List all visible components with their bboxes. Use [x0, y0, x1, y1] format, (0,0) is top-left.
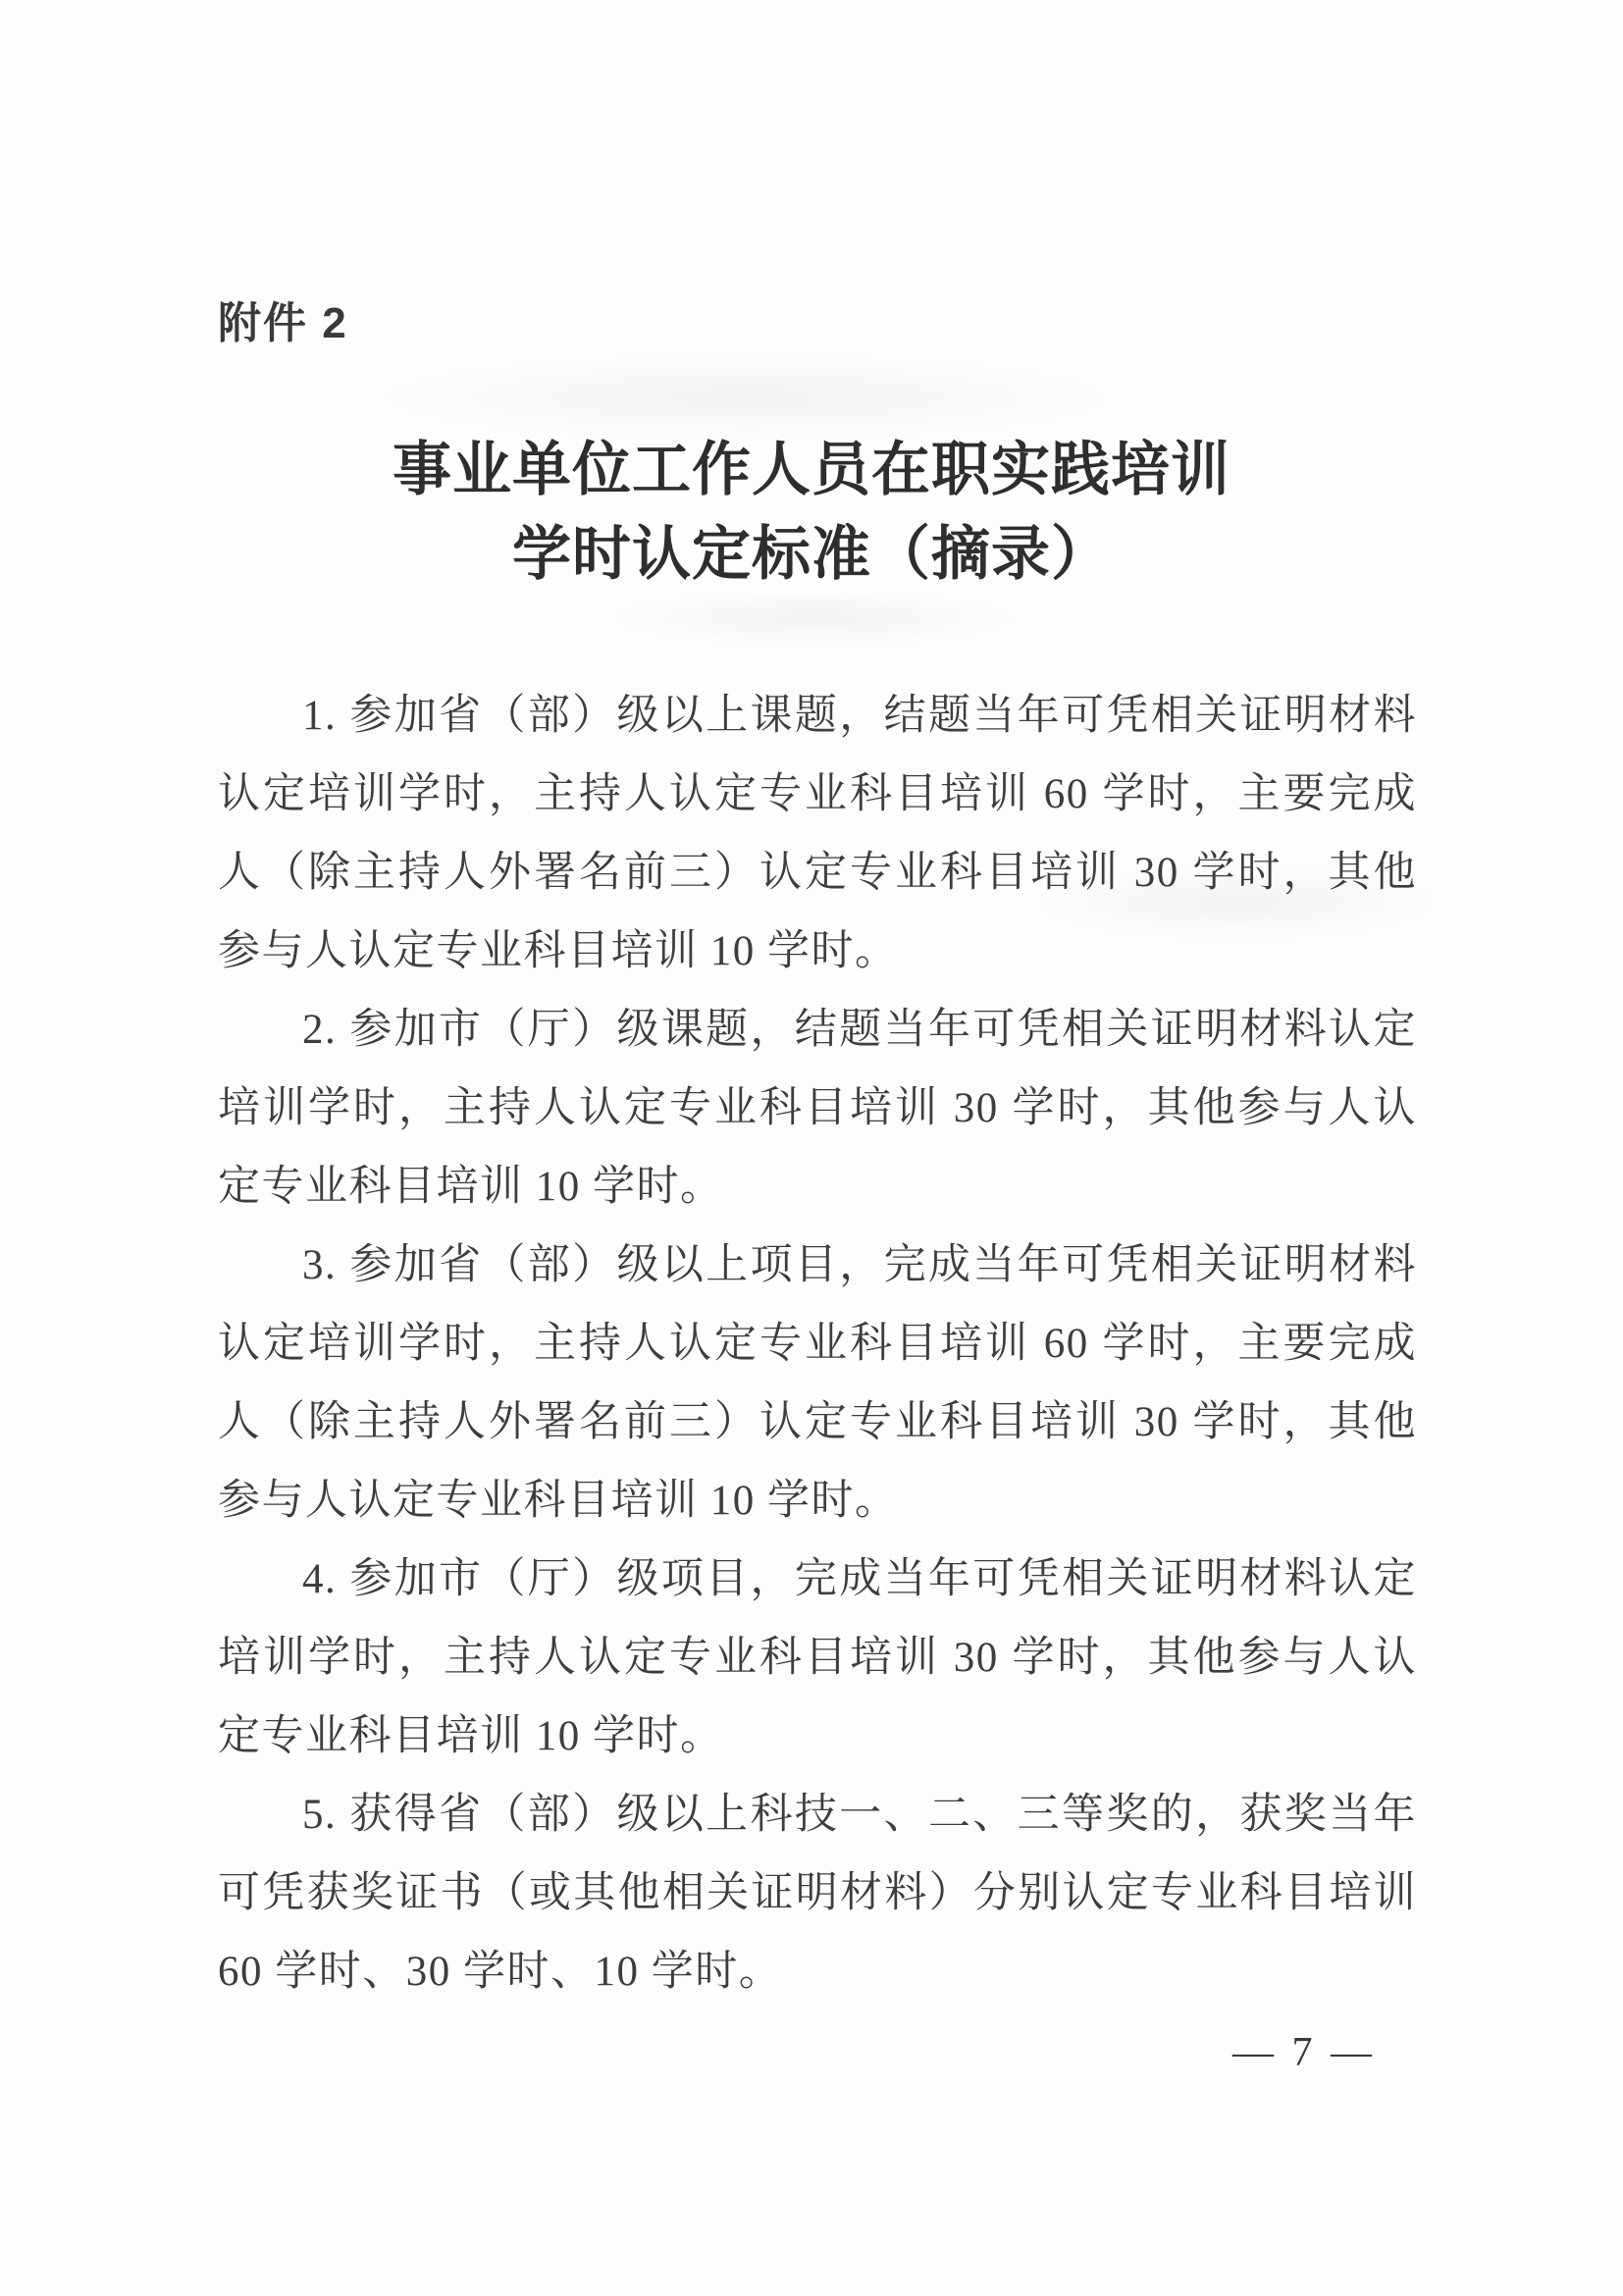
- document-body: 1. 参加省（部）级以上课题，结题当年可凭相关证明材料认定培训学时，主持人认定专…: [218, 677, 1417, 2011]
- document-page: 附件 2 事业单位工作人员在职实践培训 学时认定标准（摘录） 1. 参加省（部）…: [0, 0, 1623, 2296]
- attachment-label: 附件 2: [218, 287, 348, 350]
- document-title-line1: 事业单位工作人员在职实践培训: [0, 428, 1623, 512]
- paragraph-4: 4. 参加市（厅）级项目，完成当年可凭相关证明材料认定培训学时，主持人认定专业科…: [218, 1540, 1417, 1776]
- paragraph-3: 3. 参加省（部）级以上项目，完成当年可凭相关证明材料认定培训学时，主持人认定专…: [218, 1226, 1417, 1540]
- paragraph-5: 5. 获得省（部）级以上科技一、二、三等奖的，获奖当年可凭获奖证书（或其他相关证…: [218, 1776, 1417, 2011]
- document-title-line2: 学时认定标准（摘录）: [0, 512, 1623, 597]
- document-title: 事业单位工作人员在职实践培训 学时认定标准（摘录）: [0, 428, 1623, 597]
- scan-noise: [608, 589, 1021, 648]
- page-number: — 7 —: [1232, 2029, 1376, 2076]
- paragraph-1: 1. 参加省（部）级以上课题，结题当年可凭相关证明材料认定培训学时，主持人认定专…: [218, 677, 1417, 991]
- paragraph-2: 2. 参加市（厅）级课题，结题当年可凭相关证明材料认定培训学时，主持人认定专业科…: [218, 991, 1417, 1226]
